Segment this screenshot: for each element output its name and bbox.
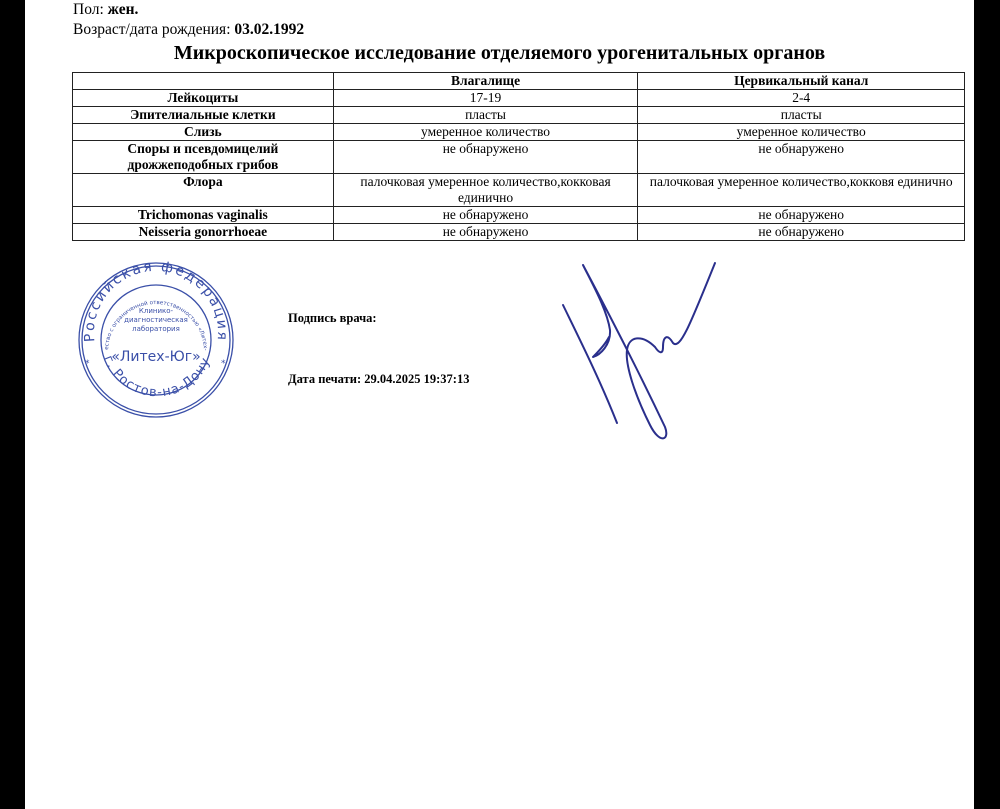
table-row: Trichomonas vaginalisне обнаруженоне обн… xyxy=(73,207,965,224)
vagina-value: не обнаружено xyxy=(333,224,638,241)
cervix-value: пласты xyxy=(638,107,965,124)
vagina-value: не обнаружено xyxy=(333,207,638,224)
cervix-value: не обнаружено xyxy=(638,207,965,224)
header-vagina: Влагалище xyxy=(333,73,638,90)
patient-birthdate: Возраст/дата рождения: 03.02.1992 xyxy=(73,21,304,39)
table-header-row: Влагалище Цервикальный канал xyxy=(73,73,965,90)
stamp-center-line1: Клинико- xyxy=(139,307,174,315)
cervix-value: не обнаружено xyxy=(638,141,965,174)
sex-label: Пол: xyxy=(73,1,104,18)
stamp-lab-name: «Литех-Юг» xyxy=(111,349,200,365)
row-label: Споры и псевдомицелий дрожжеподобных гри… xyxy=(73,141,334,174)
sex-value: жен. xyxy=(108,1,139,18)
cervix-value: умеренное количество xyxy=(638,124,965,141)
row-label: Лейкоциты xyxy=(73,90,334,107)
table-row: Эпителиальные клеткипластыпласты xyxy=(73,107,965,124)
laboratory-stamp: Российская федерация Общество с ограниче… xyxy=(75,252,235,422)
row-label: Эпителиальные клетки xyxy=(73,107,334,124)
document-page: Пол: жен. Возраст/дата рождения: 03.02.1… xyxy=(25,0,974,809)
stamp-star-left: * xyxy=(85,359,90,369)
header-empty xyxy=(73,73,334,90)
row-label: Флора xyxy=(73,174,334,207)
vagina-value: 17-19 xyxy=(333,90,638,107)
stamp-star-right: * xyxy=(221,359,226,369)
birthdate-value: 03.02.1992 xyxy=(234,21,304,38)
print-date: Дата печати: 29.04.2025 19:37:13 xyxy=(288,372,469,387)
header-cervix: Цервикальный канал xyxy=(638,73,965,90)
results-table: Влагалище Цервикальный канал Лейкоциты17… xyxy=(72,72,965,241)
stamp-center-line3: лаборатория xyxy=(132,325,180,333)
patient-sex: Пол: жен. xyxy=(73,1,138,19)
vagina-value: палочковая умеренное количество,кокковая… xyxy=(333,174,638,207)
table-row: Споры и псевдомицелий дрожжеподобных гри… xyxy=(73,141,965,174)
cervix-value: палочковая умеренное количество,кокковя … xyxy=(638,174,965,207)
table-row: Слизьумеренное количествоумеренное колич… xyxy=(73,124,965,141)
row-label: Neisseria gonorrhoeae xyxy=(73,224,334,241)
vagina-value: умеренное количество xyxy=(333,124,638,141)
cervix-value: 2-4 xyxy=(638,90,965,107)
doctor-signature xyxy=(555,255,725,450)
cervix-value: не обнаружено xyxy=(638,224,965,241)
row-label: Слизь xyxy=(73,124,334,141)
birthdate-label: Возраст/дата рождения: xyxy=(73,21,231,38)
table-row: Neisseria gonorrhoeaeне обнаруженоне обн… xyxy=(73,224,965,241)
stamp-center-line2: диагностическая xyxy=(124,316,188,324)
table-row: Лейкоциты17-192-4 xyxy=(73,90,965,107)
vagina-value: пласты xyxy=(333,107,638,124)
doctor-signature-label: Подпись врача: xyxy=(288,311,377,326)
vagina-value: не обнаружено xyxy=(333,141,638,174)
row-label: Trichomonas vaginalis xyxy=(73,207,334,224)
table-row: Флорапалочковая умеренное количество,кок… xyxy=(73,174,965,207)
document-title: Микроскопическое исследование отделяемог… xyxy=(25,42,974,65)
